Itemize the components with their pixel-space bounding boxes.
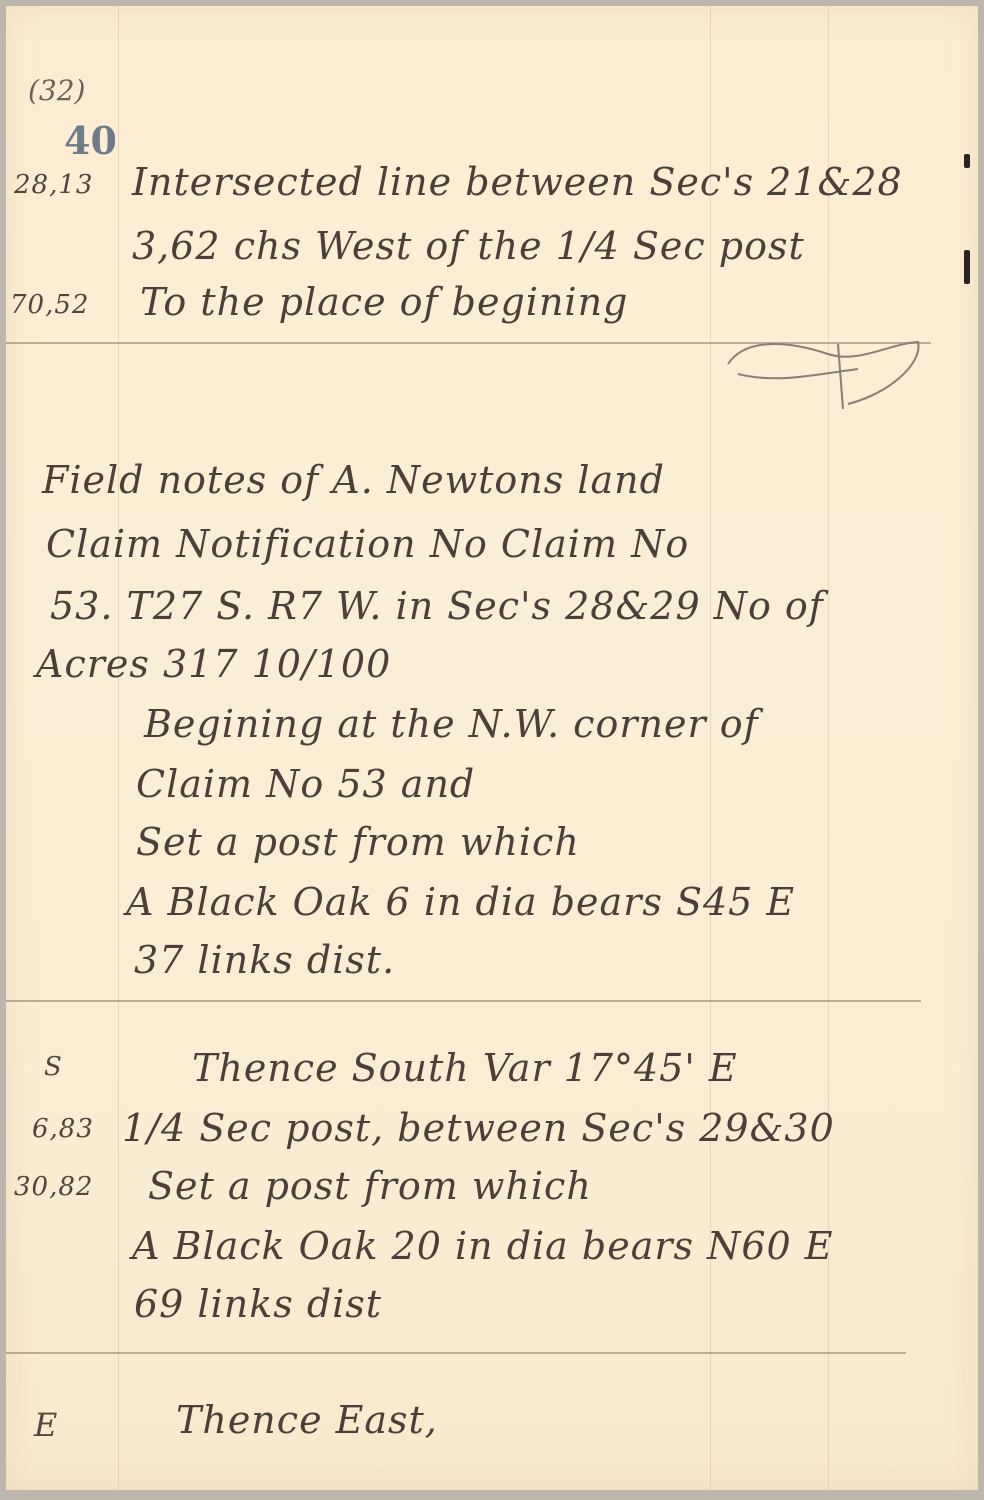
text-line: A Black Oak 20 in dia bears N60 E (132, 1224, 834, 1268)
ledger-page: (32) 40 28,13 Intersected line between S… (6, 6, 978, 1490)
text-line: Set a post from which (148, 1164, 592, 1208)
text-line: 37 links dist. (134, 938, 395, 982)
margin-rule (118, 6, 119, 1490)
signature-flourish-icon (718, 324, 928, 414)
text-line: Field notes of A. Newtons land (42, 458, 665, 502)
text-line: Claim No 53 and (136, 762, 475, 806)
text-line: Intersected line between Sec's 21&28 (132, 160, 903, 204)
folio-number: (32) (28, 74, 85, 107)
text-line: Set a post from which (136, 820, 580, 864)
text-line: Thence East, (176, 1398, 438, 1442)
section-divider (6, 1000, 921, 1002)
margin-value: 28,13 (14, 170, 93, 200)
text-line: Begining at the N.W. corner of (144, 702, 759, 746)
page-number-stamp: 40 (64, 118, 117, 163)
margin-value: 70,52 (10, 290, 89, 320)
margin-value: E (34, 1406, 58, 1444)
text-line: Claim Notification No Claim No (46, 522, 689, 566)
binding-mark (964, 154, 970, 168)
text-line: 53. T27 S. R7 W. in Sec's 28&29 No of (50, 584, 824, 628)
text-line: Acres 317 10/100 (36, 642, 391, 686)
text-line: 1/4 Sec post, between Sec's 29&30 (122, 1106, 835, 1150)
binding-mark (964, 250, 970, 284)
margin-value: 30,82 (14, 1172, 93, 1202)
text-line: 3,62 chs West of the 1/4 Sec post (132, 224, 805, 268)
section-divider (6, 1352, 906, 1354)
text-line: A Black Oak 6 in dia bears S45 E (126, 880, 795, 924)
margin-value: S (44, 1052, 63, 1082)
text-line: Thence South Var 17°45' E (192, 1046, 738, 1090)
text-line: 69 links dist (134, 1282, 382, 1326)
margin-value: 6,83 (32, 1114, 94, 1144)
text-line: To the place of begining (140, 280, 628, 324)
